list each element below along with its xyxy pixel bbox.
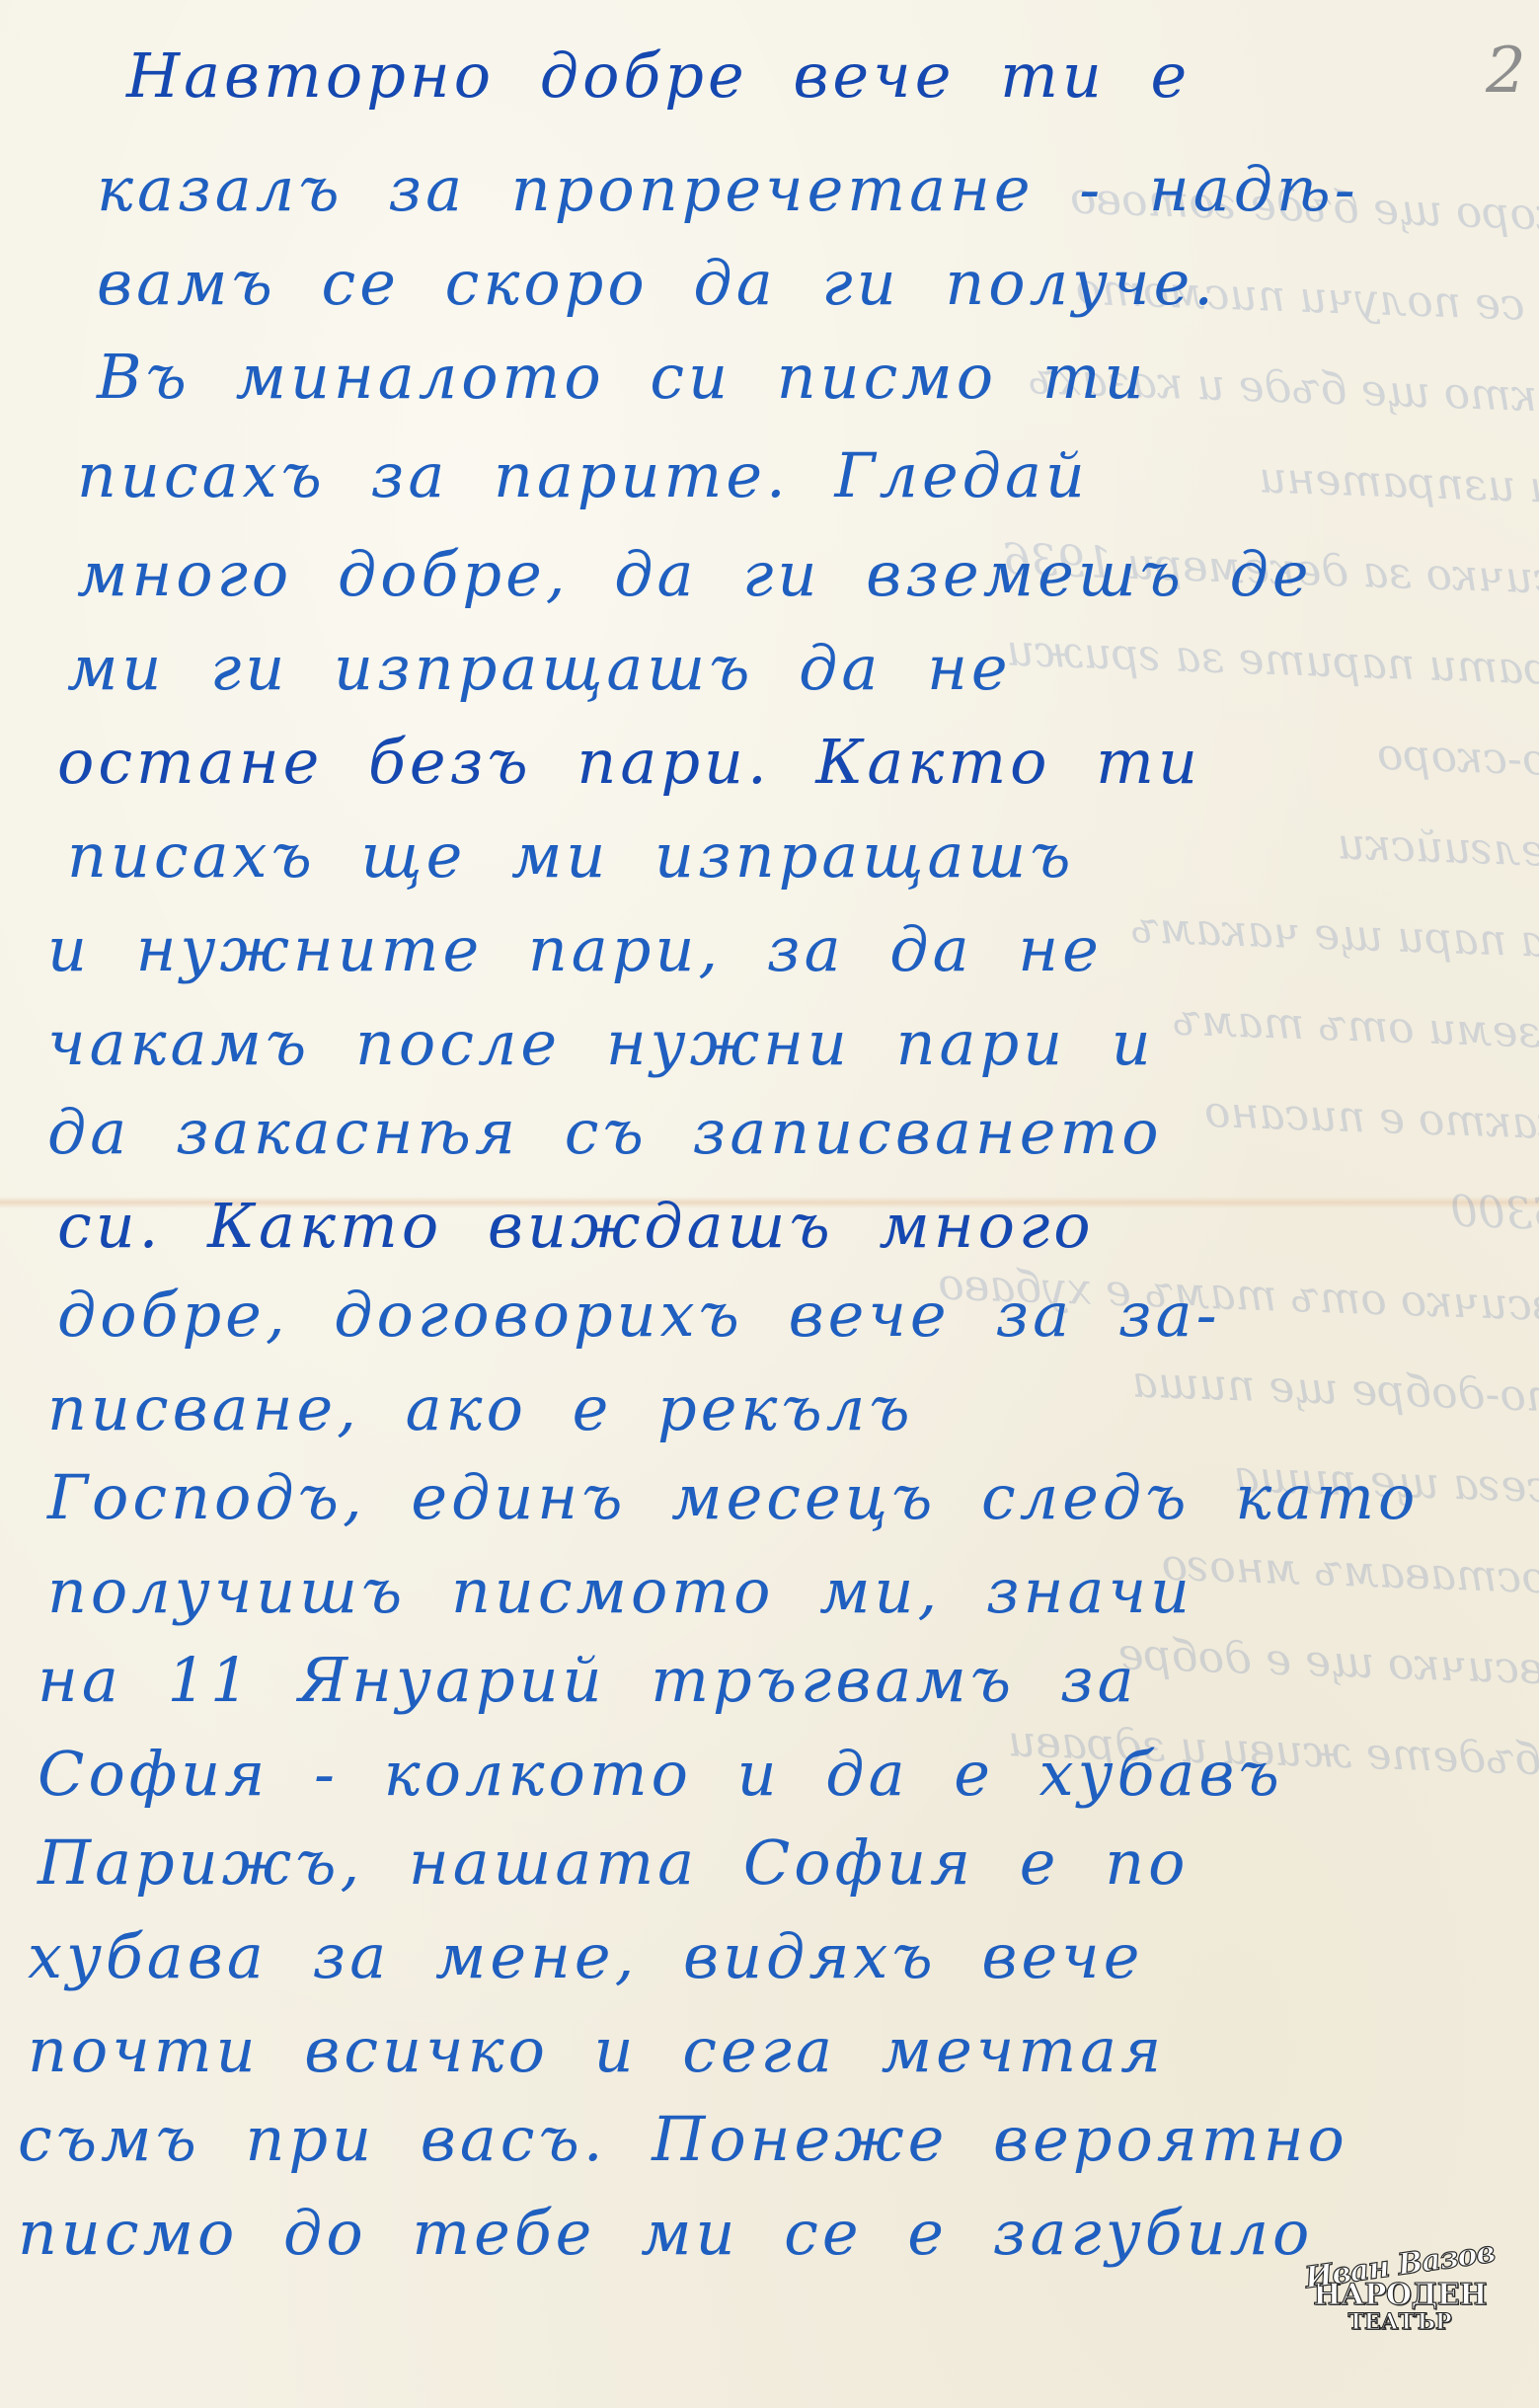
letter-line-1: Навторно добре вече ти е xyxy=(126,39,1191,112)
letter-line-3: вамъ се скоро да ги получе. xyxy=(97,247,1217,319)
letter-line-18: на 11 Януарий тръгвамъ за xyxy=(38,1644,1138,1716)
letter-line-4: Въ миналото си писмо ти xyxy=(97,341,1147,413)
letter-line-7: ми ги изпращашъ да не xyxy=(67,632,1012,704)
letter-line-5: писахъ за парите. Гледай xyxy=(77,439,1089,511)
handwritten-letter-body: Навторно добре вече ти е казалъ за пропр… xyxy=(0,0,1539,2408)
letter-line-6: много добре, да ги вземешъ де xyxy=(77,538,1313,610)
letter-line-10: и нужните пари, за да не xyxy=(47,913,1103,985)
letter-line-8: остане безъ пари. Както ти xyxy=(57,726,1201,798)
letter-line-21: хубава за мене, видяхъ вече xyxy=(28,1920,1143,1992)
national-theatre-logo-watermark: Иван Вазов НАРОДЕН ТЕАТЪР xyxy=(1301,2251,1499,2369)
letter-line-20: Парижъ, нашата София е по xyxy=(38,1826,1189,1899)
letter-line-13: си. Както виждашъ много xyxy=(57,1190,1095,1262)
letter-page: Скоро ще бъде готово да се получи писмот… xyxy=(0,0,1539,2408)
letter-line-9: писахъ ще ми изпращашъ xyxy=(67,819,1074,892)
letter-line-15: писване, ако е рекълъ xyxy=(47,1372,914,1444)
letter-line-22: почти всичко и сега мечтая xyxy=(28,2014,1165,2086)
letter-line-11: чакамъ после нужни пари и xyxy=(47,1007,1155,1079)
letter-line-24: писмо до тебе ми се е загубило xyxy=(18,2197,1313,2269)
letter-line-12: да закаснѣя съ записването xyxy=(47,1096,1163,1168)
letter-line-23: съмъ при васъ. Понеже вероятно xyxy=(18,2103,1348,2175)
watermark-line-teatar: ТЕАТЪР xyxy=(1301,2311,1499,2333)
letter-line-19: София - колкото и да е хубавъ xyxy=(38,1738,1283,1810)
letter-line-14: добре, договорихъ вече за за- xyxy=(57,1279,1221,1351)
letter-line-16: Господъ, единъ месецъ следъ като xyxy=(47,1461,1419,1533)
letter-line-2: казалъ за пропречетане - надѣ- xyxy=(97,153,1359,225)
letter-line-17: получишъ писмото ми, значи xyxy=(47,1555,1193,1627)
